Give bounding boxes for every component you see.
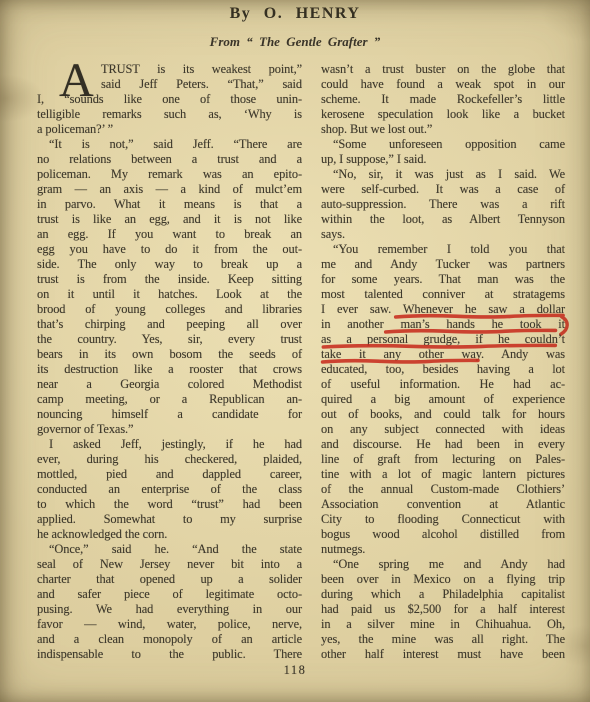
- text-line: me and Andy Tucker was partners: [321, 257, 565, 272]
- text-line: of the annual Custom-made Clothiers’: [321, 482, 565, 497]
- source-title: From “ The Gentle Grafter ”: [0, 34, 590, 50]
- text-line: Association convention at Atlantic: [321, 497, 565, 512]
- text-line: gram — an axis — a kind of mulct’em: [37, 182, 302, 197]
- text-line: had paid us $2,500 for a half interest: [321, 602, 565, 617]
- text-line: and discourse. He had been in every: [321, 437, 565, 452]
- text-line: conducted an enterprise of the class: [37, 482, 302, 497]
- text-line: could have found a weak spot in our: [321, 77, 565, 92]
- text-line: seal of New Jersey never bit into a: [37, 557, 302, 572]
- text-line: trust is from the inside. Keep sitting: [37, 272, 302, 287]
- text-line: on it until it hatches. Look at the: [37, 287, 302, 302]
- text-line: ever, during his checkered, plaided,: [37, 452, 302, 467]
- paragraph: “Some unforeseen opposition cameup, I su…: [321, 137, 565, 167]
- text-line: camp meeting, or a Republican an-: [37, 392, 302, 407]
- drop-cap: A: [59, 57, 94, 105]
- paragraph: wasn’t a trust buster on the globe thatc…: [321, 62, 565, 137]
- text-line: side. The only way to break up a: [37, 257, 302, 272]
- text-line: applied. Somewhat to my surprise: [37, 512, 302, 527]
- text-line: in a silver mine in Chihuahua. Oh,: [321, 617, 565, 632]
- text-line: out of books, and could talk for hours: [321, 407, 565, 422]
- text-line: to which the word “trust” had been: [37, 497, 302, 512]
- book-page: By O. HENRY From “ The Gentle Grafter ” …: [0, 0, 590, 702]
- text-line: “It is not,” said Jeff. “There are: [37, 137, 302, 152]
- paragraph: “It is not,” said Jeff. “There areno rel…: [37, 137, 302, 437]
- paragraph: I asked Jeff, jestingly, if he hadever, …: [37, 437, 302, 542]
- text-line: in parvo. What it means is that a: [37, 197, 302, 212]
- text-line: and safer piece of legitimate octo-: [37, 587, 302, 602]
- text-line: were self-curbed. It was a case of: [321, 182, 565, 197]
- text-line: of useful information. He had ac-: [321, 377, 565, 392]
- text-line: line of graft from lecturing on Pales-: [321, 452, 565, 467]
- text-line: that’s chirping and peeping all over: [37, 317, 302, 332]
- paragraph: “You remember I told you thatme and Andy…: [321, 242, 565, 557]
- text-line: most talented conniver at stratagems: [321, 287, 565, 302]
- text-line: kerosene speculation look like a bucket: [321, 107, 565, 122]
- text-line: up, I suppose,” I said.: [321, 152, 565, 167]
- paragraph: “No, sir, it was just as I said. Wewere …: [321, 167, 565, 242]
- text-line: the country. Yes, sir, every trust: [37, 332, 302, 347]
- text-line: brood of young colleges and libraries: [37, 302, 302, 317]
- text-line: in another man’s hands he took it: [321, 317, 565, 332]
- text-line: he acknowledged the corn.: [37, 527, 302, 542]
- text-line: bears in its own bosom the seeds of: [37, 347, 302, 362]
- text-line: nouncing himself a candidate for: [37, 407, 302, 422]
- text-columns: TRUST is its weakest point,”said Jeff Pe…: [37, 62, 565, 662]
- text-line: auto-suppression. There was a rift: [321, 197, 565, 212]
- text-line: yes, the mine was all right. The: [321, 632, 565, 647]
- text-line: quired a big amount of experience: [321, 392, 565, 407]
- text-line: near a Georgia colored Methodist: [37, 377, 302, 392]
- text-line: policeman. My remark was an epito-: [37, 167, 302, 182]
- text-line: take it any other way. Andy was: [321, 347, 565, 362]
- text-line: other half interest must have been: [321, 647, 565, 662]
- text-line: “No, sir, it was just as I said. We: [321, 167, 565, 182]
- text-line: I ever saw. Whenever he saw a dollar: [321, 302, 565, 317]
- text-line: City to flooding Connecticut with: [321, 512, 565, 527]
- text-line: a policeman?’ ”: [37, 122, 302, 137]
- text-line: “You remember I told you that: [321, 242, 565, 257]
- text-line: trust is like an egg, and it is not like: [37, 212, 302, 227]
- text-line: I asked Jeff, jestingly, if he had: [37, 437, 302, 452]
- text-line: been over in Mexico on a flying trip: [321, 572, 565, 587]
- page-number: 118: [0, 663, 590, 678]
- text-line: scheme. It made Rockefeller’s little: [321, 92, 565, 107]
- text-line: during which a Philadelphia capitalist: [321, 587, 565, 602]
- text-line: indispensable to the public. There: [37, 647, 302, 662]
- text-line: and a clean monopoly of an article: [37, 632, 302, 647]
- text-line: an egg. If you want to break an: [37, 227, 302, 242]
- text-line: governor of Texas.”: [37, 422, 302, 437]
- column-right: wasn’t a trust buster on the globe thatc…: [321, 62, 565, 662]
- text-line: no relations between a trust and a: [37, 152, 302, 167]
- text-line: nutmegs.: [321, 542, 565, 557]
- text-line: educated, too, besides having a lot: [321, 362, 565, 377]
- paragraph: “Once,” said he. “And the stateseal of N…: [37, 542, 302, 662]
- text-line: tine with a lot of magic lantern picture…: [321, 467, 565, 482]
- text-line: on any subject connected with ideas: [321, 422, 565, 437]
- text-line: as a personal grudge, if he couldn’t: [321, 332, 565, 347]
- text-line: shop. But we lost out.”: [321, 122, 565, 137]
- text-line: favor — wind, water, police, nerve,: [37, 617, 302, 632]
- text-line: says.: [321, 227, 565, 242]
- text-line: pusing. We had everything in our: [37, 602, 302, 617]
- text-line: wasn’t a trust buster on the globe that: [321, 62, 565, 77]
- text-line: within the loot, as Albert Tennyson: [321, 212, 565, 227]
- text-line: its destruction like a rooster that crow…: [37, 362, 302, 377]
- paragraph: “One spring me and Andy hadbeen over in …: [321, 557, 565, 662]
- text-line: bogus wood alcohol distilled from: [321, 527, 565, 542]
- byline: By O. HENRY: [0, 5, 590, 23]
- text-line: “Some unforeseen opposition came: [321, 137, 565, 152]
- text-line: telligible remarks such as, ‘Why is: [37, 107, 302, 122]
- text-line: “One spring me and Andy had: [321, 557, 565, 572]
- column-left: TRUST is its weakest point,”said Jeff Pe…: [37, 62, 302, 662]
- text-line: “Once,” said he. “And the state: [37, 542, 302, 557]
- text-line: egg you have to do it from the out-: [37, 242, 302, 257]
- text-line: charter that opened up a solider: [37, 572, 302, 587]
- text-line: for some years. That man was the: [321, 272, 565, 287]
- text-line: mottled, pied and dappled career,: [37, 467, 302, 482]
